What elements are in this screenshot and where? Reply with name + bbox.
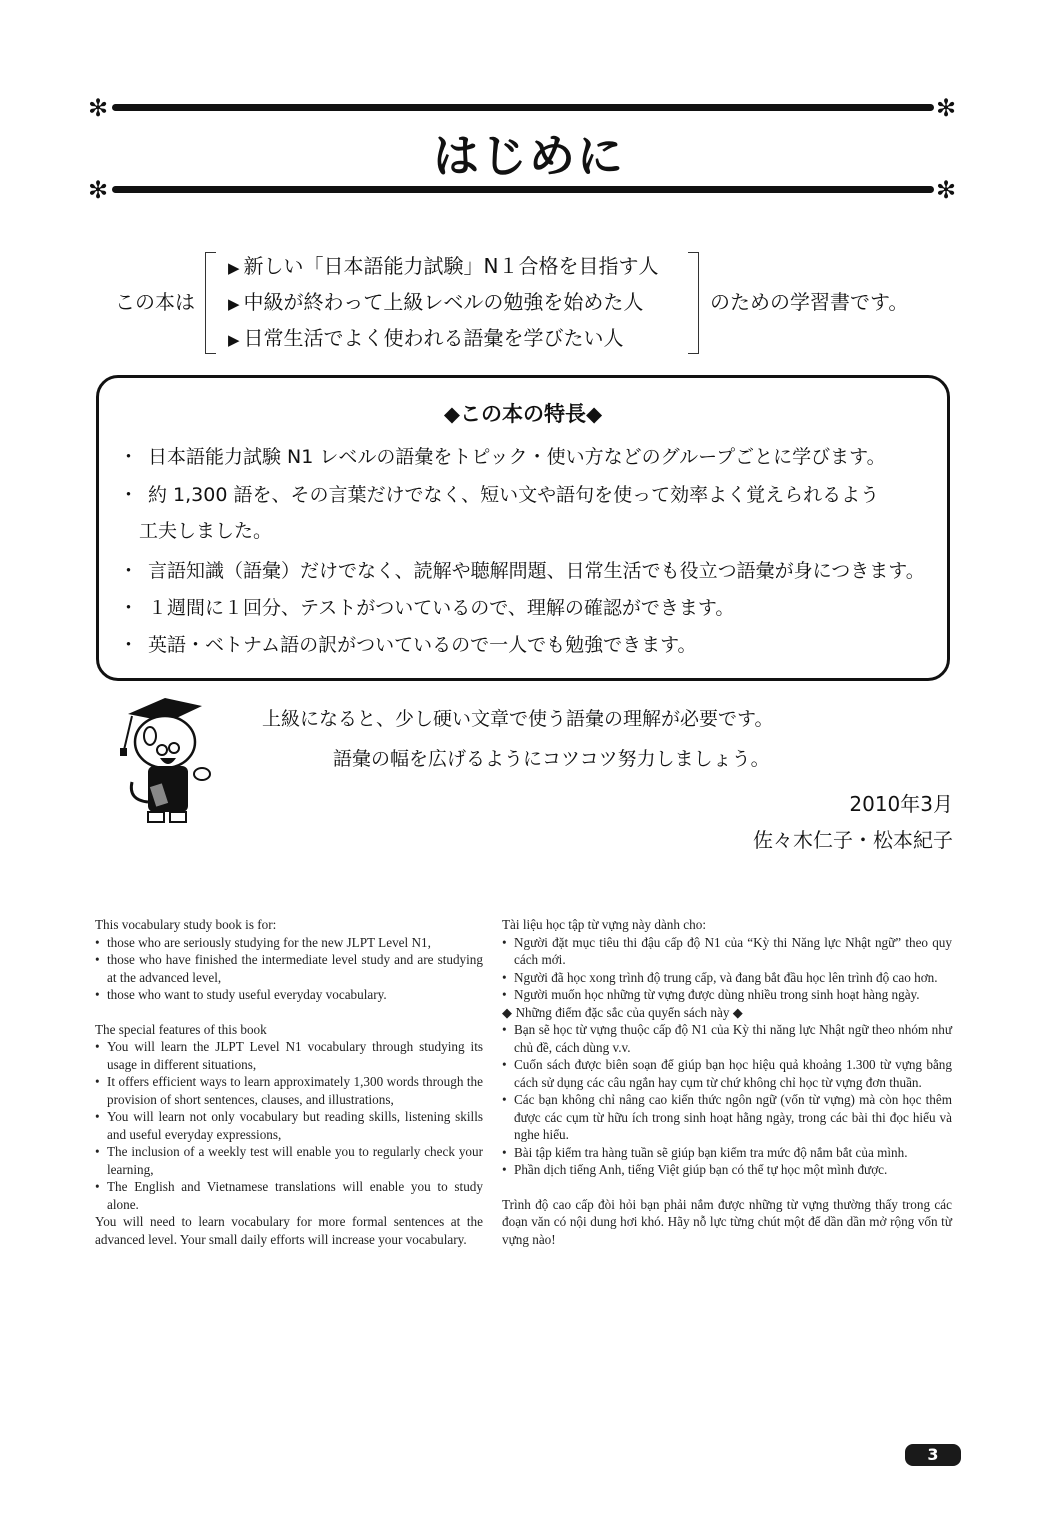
target-reader-3: ▶日常生活でよく使われる語彙を学びたい人 (228, 322, 624, 351)
english-features-heading: The special features of this book (95, 1021, 483, 1039)
right-bracket (688, 252, 699, 354)
list-item: those who are seriously studying for the… (95, 934, 483, 952)
english-intro: This vocabulary study book is for: (95, 916, 483, 934)
english-closing: You will need to learn vocabulary for mo… (95, 1213, 483, 1248)
vietnamese-translation: Tài liệu học tập từ vựng này dành cho: N… (502, 916, 952, 1248)
bottom-rule (112, 186, 934, 193)
features-title: ◆この本の特長◆ (99, 398, 947, 428)
asterisk-icon: ✻ (88, 96, 108, 120)
english-targets-list: those who are seriously studying for the… (95, 934, 483, 1004)
target-reader-2: ▶中級が終わって上級レベルの勉強を始めた人 (228, 286, 643, 315)
date: 2010年3月 (849, 788, 953, 817)
list-item: The inclusion of a weekly test will enab… (95, 1143, 483, 1178)
feature-item: ・英語・ベトナム語の訳がついているので一人でも勉強できます。 (119, 630, 697, 657)
asterisk-icon: ✻ (936, 96, 956, 120)
list-item: those who want to study useful everyday … (95, 986, 483, 1004)
feature-item: ・１週間に１回分、テストがついているので、理解の確認ができます。 (119, 593, 734, 620)
asterisk-icon: ✻ (88, 178, 108, 202)
feature-item: ・約 1,300 語を、その言葉だけでなく、短い文や語句を使って効率よく覚えられ… (119, 480, 879, 507)
list-item: You will learn the JLPT Level N1 vocabul… (95, 1038, 483, 1073)
closing-line-1: 上級になると、少し硬い文章で使う語彙の理解が必要です。 (262, 704, 773, 731)
asterisk-icon: ✻ (936, 178, 956, 202)
feature-item: ・日本語能力試験 N1 レベルの語彙をトピック・使い方などのグループごとに学びま… (119, 442, 886, 469)
english-features-list: You will learn the JLPT Level N1 vocabul… (95, 1038, 483, 1213)
list-item: Phần dịch tiếng Anh, tiếng Việt giúp bạn… (502, 1161, 952, 1179)
vietnamese-features-list: Bạn sẽ học từ vựng thuộc cấp độ N1 của K… (502, 1021, 952, 1179)
vietnamese-intro: Tài liệu học tập từ vựng này dành cho: (502, 916, 952, 934)
intro-suffix: のための学習書です。 (710, 286, 908, 315)
list-item: those who have finished the intermediate… (95, 951, 483, 986)
triangle-right-icon: ▶ (228, 295, 240, 313)
page-title: はじめに (0, 120, 1058, 186)
target-reader-1: ▶新しい「日本語能力試験」N１合格を目指す人 (228, 250, 659, 279)
authors: 佐々木仁子・松本紀子 (753, 824, 953, 853)
left-bracket (205, 252, 216, 354)
list-item: Người đã học xong trình độ trung cấp, và… (502, 969, 952, 987)
graduate-cat-mascot-icon (110, 692, 220, 832)
intro-prefix: この本は (115, 286, 195, 315)
vietnamese-features-heading: ◆ Những điểm đặc sắc của quyển sách này … (502, 1004, 952, 1022)
vietnamese-closing: Trình độ cao cấp đòi hỏi bạn phải nắm đư… (502, 1196, 952, 1249)
feature-item-continuation: 工夫しました。 (139, 516, 272, 543)
list-item: Các bạn không chỉ nâng cao kiến thức ngô… (502, 1091, 952, 1144)
page-number: 3 (905, 1444, 961, 1466)
triangle-right-icon: ▶ (228, 331, 240, 349)
list-item: You will learn not only vocabulary but r… (95, 1108, 483, 1143)
top-rule (112, 104, 934, 111)
list-item: Cuốn sách được biên soạn để giúp bạn học… (502, 1056, 952, 1091)
list-item: The English and Vietnamese translations … (95, 1178, 483, 1213)
list-item: It offers efficient ways to learn approx… (95, 1073, 483, 1108)
list-item: Người đặt mục tiêu thi đậu cấp độ N1 của… (502, 934, 952, 969)
features-box: ◆この本の特長◆ ・日本語能力試験 N1 レベルの語彙をトピック・使い方などのグ… (96, 375, 950, 681)
list-item: Bài tập kiểm tra hàng tuần sẽ giúp bạn k… (502, 1144, 952, 1162)
list-item: Người muốn học những từ vựng được dùng n… (502, 986, 952, 1004)
list-item: Bạn sẽ học từ vựng thuộc cấp độ N1 của K… (502, 1021, 952, 1056)
closing-line-2: 語彙の幅を広げるようにコツコツ努力しましょう。 (333, 744, 770, 771)
vietnamese-targets-list: Người đặt mục tiêu thi đậu cấp độ N1 của… (502, 934, 952, 1004)
feature-item: ・言語知識（語彙）だけでなく、読解や聴解問題、日常生活でも役立つ語彙が身につきま… (119, 556, 925, 583)
triangle-right-icon: ▶ (228, 259, 240, 277)
english-translation: This vocabulary study book is for: those… (95, 916, 483, 1248)
